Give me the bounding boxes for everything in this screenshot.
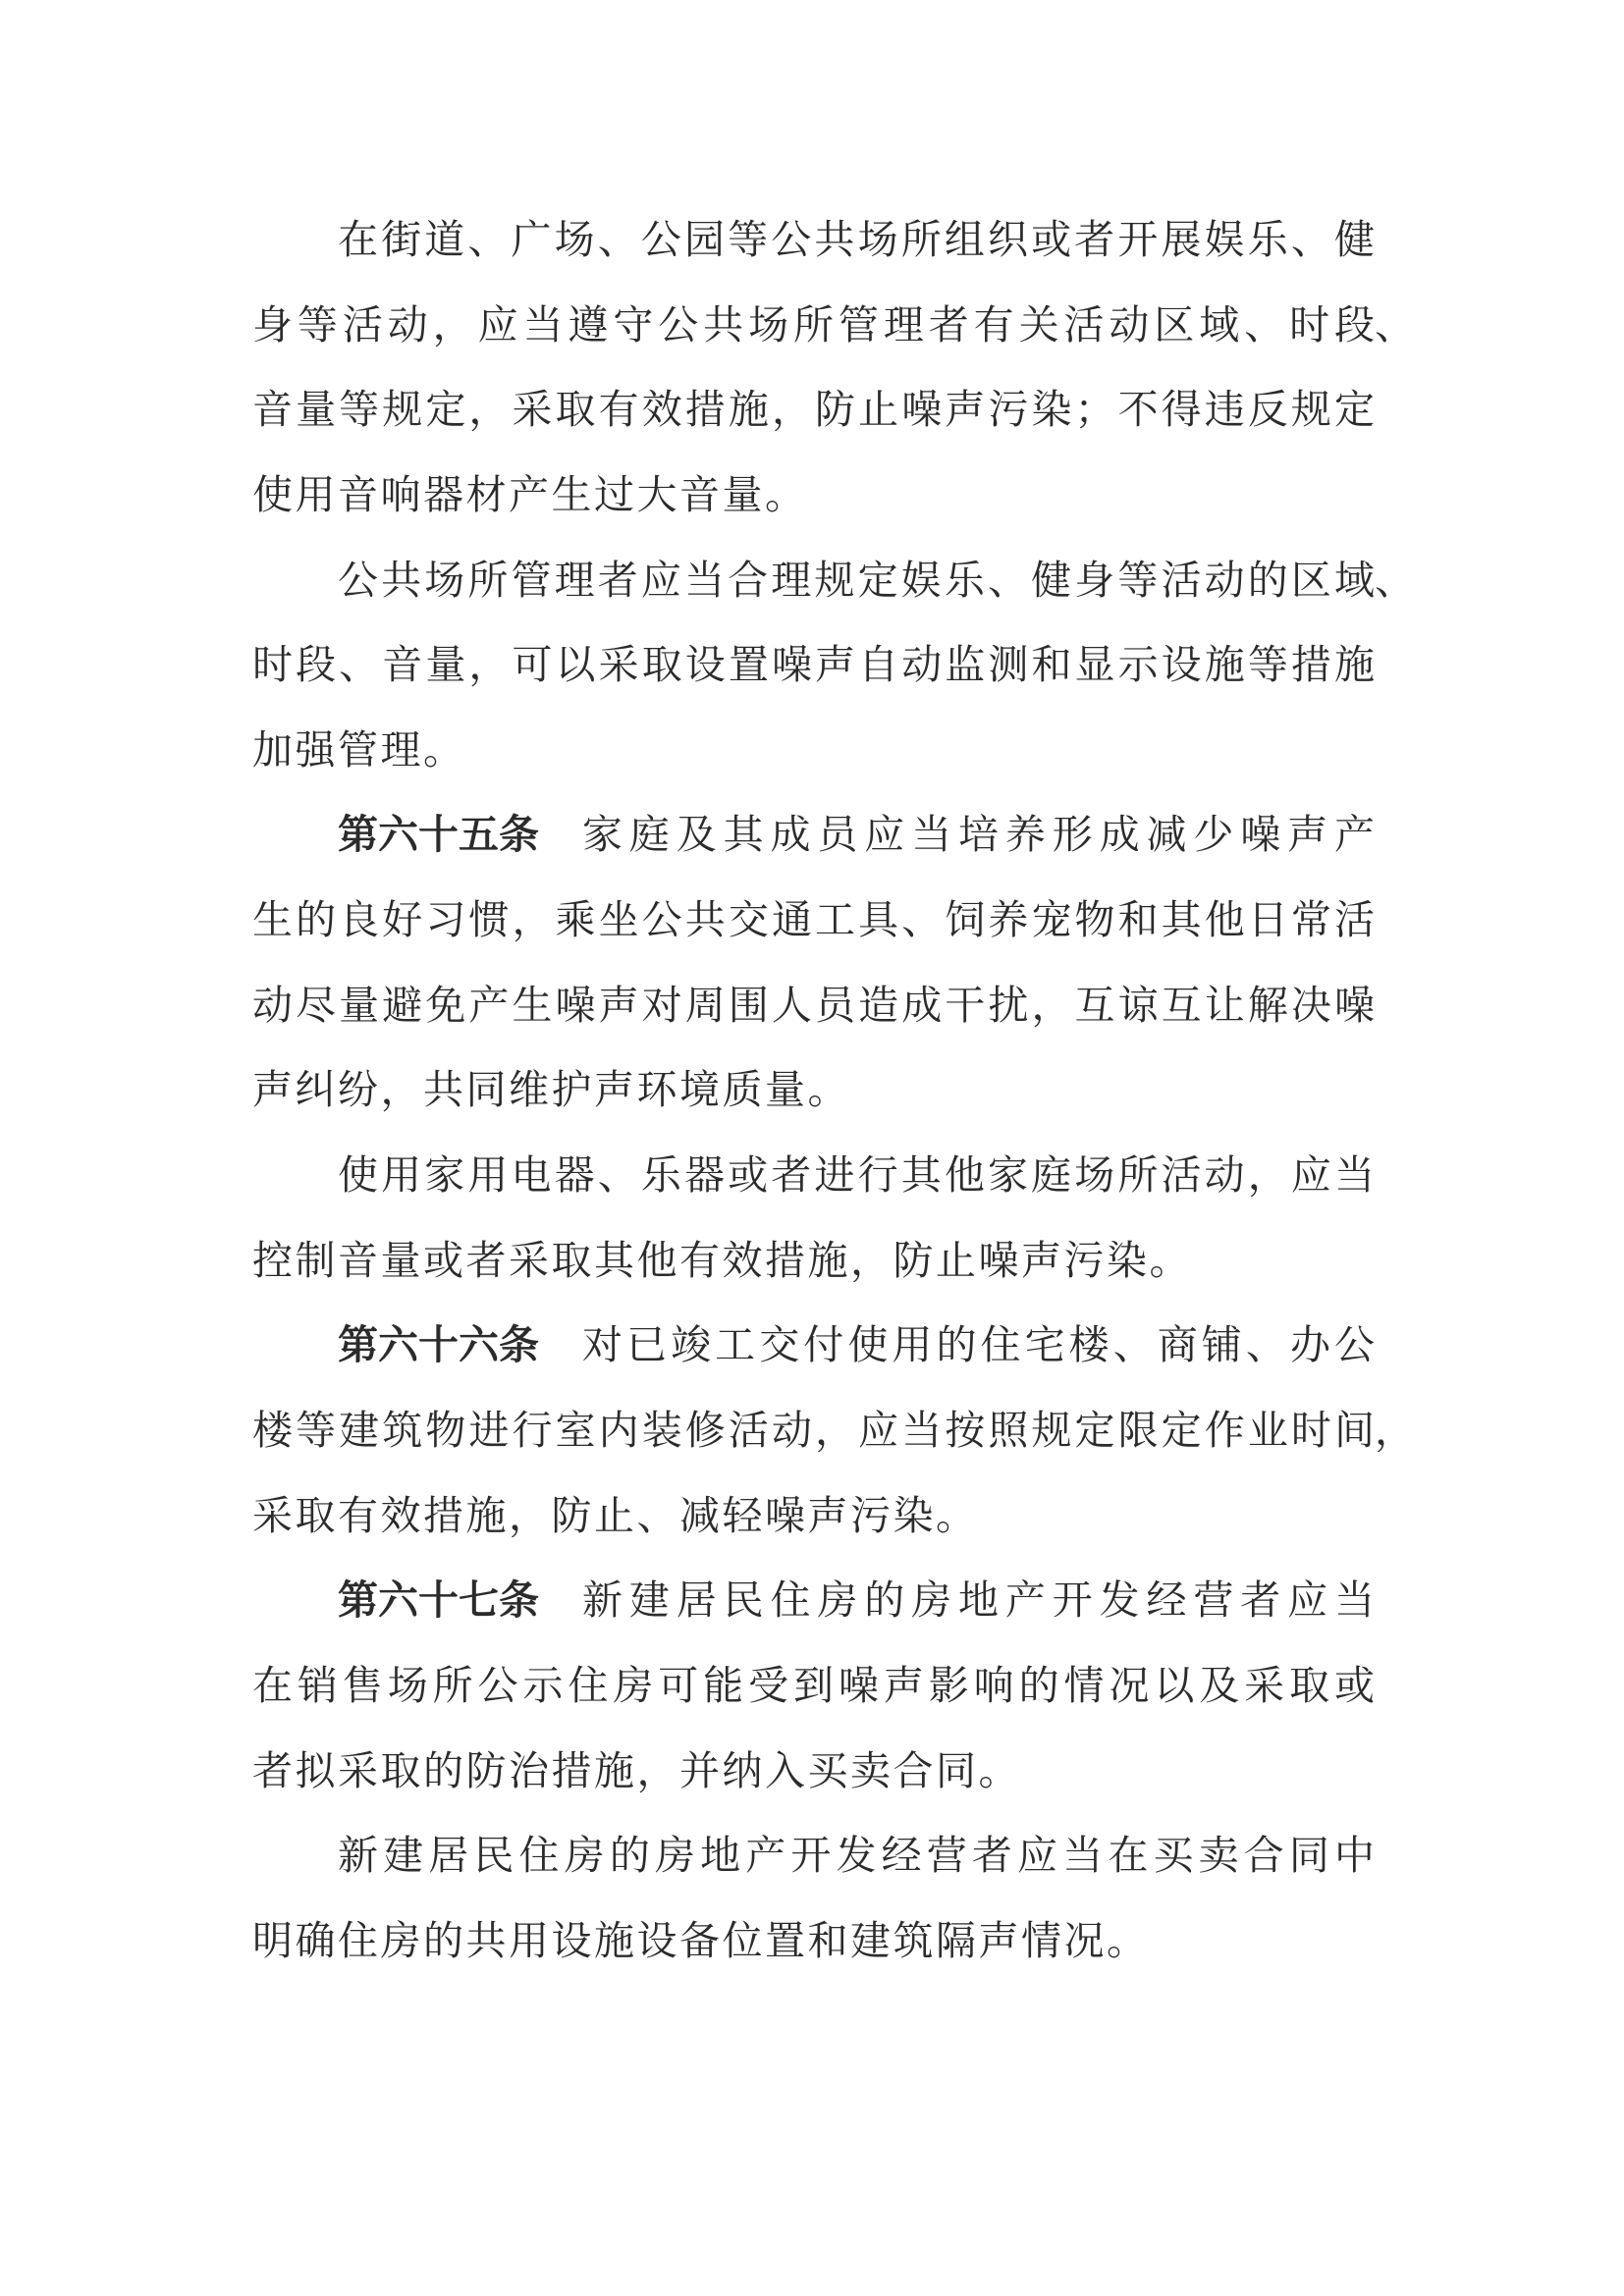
article-67-first-line: 第六十七条 新建居民住房的房地产开发经营者应当 <box>252 1558 1375 1643</box>
article-heading: 第六十五条 <box>338 792 539 878</box>
line-text: 声纠纷，共同维护声环境质量。 <box>252 1047 1375 1133</box>
text-line: 身等活动，应当遵守公共场所管理者有关活动区域、时段 、 <box>252 283 1375 368</box>
text-line: 在销售场所公示住房可能受到噪声影响的情况以及采取或 <box>252 1643 1375 1729</box>
text-line: 明确住房的共用设施设备位置和建筑隔声情况。 <box>252 1898 1375 1984</box>
line-text: 家庭及其成员应当培养形成减少噪声产 <box>582 792 1375 878</box>
line-content: 第六十五条 家庭及其成员应当培养形成减少噪声产 <box>252 792 1375 878</box>
text-line: 动尽量避免产生噪声对周围人员造成干扰，互谅互让解决噪 <box>252 963 1375 1048</box>
text-line: 者拟采取的防治措施，并纳入买卖合同。 <box>252 1729 1375 1814</box>
article-66-first-line: 第六十六条 对已竣工交付使用的住宅楼、商铺、办公 <box>252 1303 1375 1388</box>
line-text: 加强管理。 <box>252 708 1375 793</box>
document-body: 在街道、广场、公园等公共场所组织或者开展娱乐、健 身等活动，应当遵守公共场所管理… <box>252 197 1375 1983</box>
text-line: 使用家用电器、乐器或者进行其他家庭场所活动，应当 <box>252 1133 1375 1218</box>
line-text: 新建居民住房的房地产开发经营者应当在买卖合同中 <box>252 1813 1375 1898</box>
text-line: 在街道、广场、公园等公共场所组织或者开展娱乐、健 <box>252 197 1375 283</box>
line-text: 时段、音量，可以采取设置噪声自动监测和显示设施等措施 <box>252 622 1375 708</box>
line-content: 第六十七条 新建居民住房的房地产开发经营者应当 <box>252 1558 1375 1643</box>
line-text: 新建居民住房的房地产开发经营者应当 <box>582 1558 1375 1643</box>
text-line: 公共场所管理者应当合理规定娱乐、健身等活动的区域 、 <box>252 538 1375 623</box>
line-text: 使用音响器材产生过大音量。 <box>252 453 1375 538</box>
line-text: 生的良好习惯，乘坐公共交通工具、饲养宠物和其他日常活 <box>252 878 1375 963</box>
article-heading: 第六十六条 <box>338 1303 539 1388</box>
line-text: 音量等规定，采取有效措施，防止噪声污染；不得违反规定 <box>252 367 1375 453</box>
line-text: 对已竣工交付使用的住宅楼、商铺、办公 <box>582 1303 1375 1388</box>
text-line: 控制音量或者采取其他有效措施，防止噪声污染。 <box>252 1218 1375 1304</box>
text-line: 新建居民住房的房地产开发经营者应当在买卖合同中 <box>252 1813 1375 1898</box>
text-line: 楼等建筑物进行室内装修活动，应当按照规定限定作业时间 ， <box>252 1388 1375 1473</box>
text-line: 采取有效措施，防止、减轻噪声污染。 <box>252 1473 1375 1559</box>
text-line: 生的良好习惯，乘坐公共交通工具、饲养宠物和其他日常活 <box>252 878 1375 963</box>
line-text: 采取有效措施，防止、减轻噪声污染。 <box>252 1473 1375 1559</box>
hanging-punctuation: ， <box>1375 1388 1396 1473</box>
hanging-punctuation: 、 <box>1375 538 1396 623</box>
line-text: 动尽量避免产生噪声对周围人员造成干扰，互谅互让解决噪 <box>252 963 1375 1048</box>
line-text: 者拟采取的防治措施，并纳入买卖合同。 <box>252 1729 1375 1814</box>
line-text: 在销售场所公示住房可能受到噪声影响的情况以及采取或 <box>252 1643 1375 1729</box>
line-text: 身等活动，应当遵守公共场所管理者有关活动区域、时段 <box>252 283 1375 368</box>
line-text: 使用家用电器、乐器或者进行其他家庭场所活动，应当 <box>252 1133 1375 1218</box>
text-line: 使用音响器材产生过大音量。 <box>252 453 1375 538</box>
text-line: 加强管理。 <box>252 708 1375 793</box>
article-65-first-line: 第六十五条 家庭及其成员应当培养形成减少噪声产 <box>252 792 1375 878</box>
text-line: 声纠纷，共同维护声环境质量。 <box>252 1047 1375 1133</box>
line-text: 明确住房的共用设施设备位置和建筑隔声情况。 <box>252 1898 1375 1984</box>
line-text: 楼等建筑物进行室内装修活动，应当按照规定限定作业时间 <box>252 1388 1375 1473</box>
hanging-punctuation: 、 <box>1375 283 1396 368</box>
line-content: 第六十六条 对已竣工交付使用的住宅楼、商铺、办公 <box>252 1303 1375 1388</box>
document-page: 在街道、广场、公园等公共场所组织或者开展娱乐、健 身等活动，应当遵守公共场所管理… <box>0 0 1624 2296</box>
line-text: 公共场所管理者应当合理规定娱乐、健身等活动的区域 <box>252 538 1375 623</box>
line-text: 控制音量或者采取其他有效措施，防止噪声污染。 <box>252 1218 1375 1304</box>
line-text: 在街道、广场、公园等公共场所组织或者开展娱乐、健 <box>252 197 1375 283</box>
article-heading: 第六十七条 <box>338 1558 539 1643</box>
text-line: 时段、音量，可以采取设置噪声自动监测和显示设施等措施 <box>252 622 1375 708</box>
text-line: 音量等规定，采取有效措施，防止噪声污染；不得违反规定 <box>252 367 1375 453</box>
